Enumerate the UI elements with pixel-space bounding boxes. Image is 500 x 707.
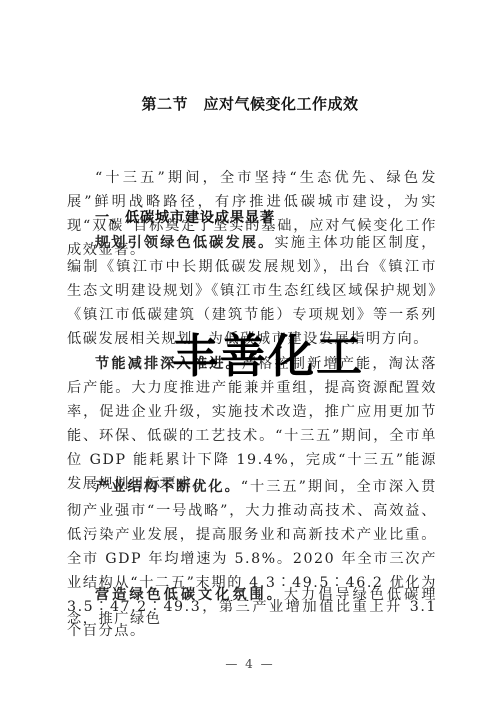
- heading-block: 一、低碳城市建设成果显著: [67, 206, 437, 230]
- page-number: — 4 —: [0, 657, 500, 671]
- paragraph-culture: 营造绿色低碳文化氛围。大力倡导绿色低碳理念，推广绿色: [67, 583, 437, 631]
- watermark: 丰善化工: [172, 331, 364, 381]
- paragraph-lead: 产业结构不断优化。: [95, 479, 241, 495]
- subsection-heading: 一、低碳城市建设成果显著: [67, 206, 437, 230]
- paragraph-lead: 规划引领绿色低碳发展。: [95, 235, 274, 251]
- document-page: 第二节 应对气候变化工作成效 “十三五”期间，全市坚持“生态优先、绿色发展”鲜明…: [0, 0, 500, 707]
- paragraph-lead: 营造绿色低碳文化氛围。: [95, 587, 284, 603]
- section-title: 第二节 应对气候变化工作成效: [0, 93, 500, 114]
